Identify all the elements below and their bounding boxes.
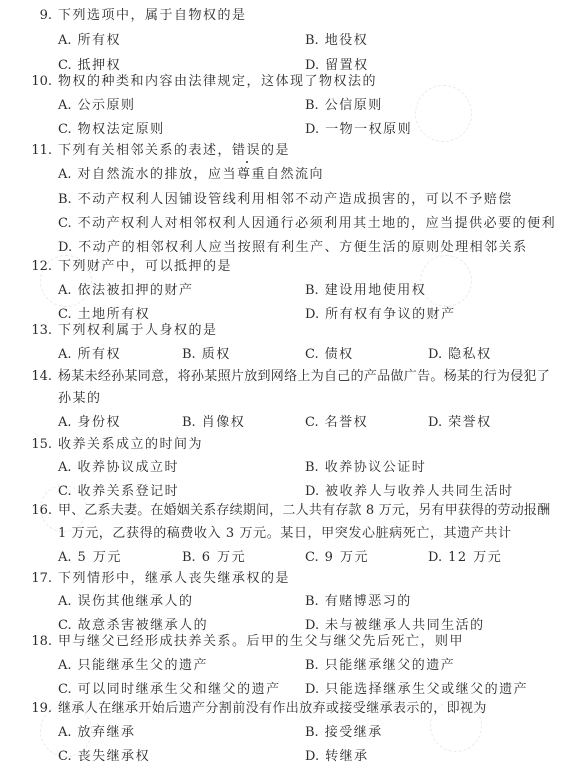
option-letter: C. <box>58 682 72 697</box>
option-letter: A. <box>58 594 72 609</box>
question-text: 下列有关相邻关系的表述，错误的是 <box>58 142 290 160</box>
option-a: A.只能继承生父的遗产 <box>58 657 208 675</box>
option-letter: D. <box>428 550 442 565</box>
option-letter: D. <box>305 682 319 697</box>
option-d: D.只能选择继承生父或继父的遗产 <box>305 681 528 699</box>
question-number: 14. <box>0 368 52 386</box>
question-number: 18. <box>0 633 52 651</box>
option-c: C.可以同时继承生父和继父的遗产 <box>58 681 281 699</box>
option-b: B.6 万元 <box>182 549 246 567</box>
option-letter: B. <box>305 658 319 673</box>
option-text: 所有权有争议的财产 <box>325 307 456 322</box>
option-c: C.债权 <box>305 346 354 364</box>
option-letter: A. <box>58 98 72 113</box>
option-text: 收养关系登记时 <box>78 484 180 499</box>
option-letter: B. <box>305 33 319 48</box>
option-text: 转继承 <box>325 749 369 764</box>
option-b: B.地役权 <box>305 32 368 50</box>
option-b: B.接受继承 <box>305 724 383 742</box>
question-text: 下列财产中，可以抵押的是 <box>58 258 232 276</box>
option-letter: D. <box>305 122 319 137</box>
question-text: 物权的种类和内容由法律规定，这体现了物权法的 <box>58 73 377 91</box>
option-letter: A. <box>58 550 72 565</box>
option-d: D.不动产的相邻权利人应当按照有利生产、方便生活的原则处理相邻关系 <box>58 239 528 257</box>
option-text: 9 万元 <box>325 550 369 565</box>
option-text: 荣誉权 <box>448 415 492 430</box>
option-text: 只能继承生父的遗产 <box>78 658 209 673</box>
option-text: 所有权 <box>78 347 122 362</box>
option-b: B.只能继承继父的遗产 <box>305 657 455 675</box>
option-letter: B. <box>182 550 196 565</box>
option-text: 不动产的相邻权利人应当按照有利生产、方便生活的原则处理相邻关系 <box>78 240 528 255</box>
option-text: 12 万元 <box>448 550 502 565</box>
option-a: A.依法被扣押的财产 <box>58 282 194 300</box>
question-number: 11. <box>0 142 52 160</box>
option-c: C.收养关系登记时 <box>58 483 179 501</box>
option-text: 质权 <box>202 347 231 362</box>
option-a: A.身份权 <box>58 414 121 432</box>
option-text: 只能继承继父的遗产 <box>325 658 456 673</box>
option-b: B.建设用地使用权 <box>305 282 426 300</box>
option-letter: B. <box>182 347 196 362</box>
option-c: C.名誉权 <box>305 414 368 432</box>
option-a: A.误伤其他继承人的 <box>58 593 194 611</box>
question-text-continued: 孙某的 <box>58 390 102 408</box>
option-text: 土地所有权 <box>78 307 151 322</box>
option-d: D.一物一权原则 <box>305 121 412 139</box>
option-d: D.12 万元 <box>428 549 502 567</box>
stem-before: 下列有关相邻关系的表述， <box>58 143 232 158</box>
option-letter: C. <box>58 307 72 322</box>
option-text: 身份权 <box>78 415 122 430</box>
option-text: 物权法定原则 <box>78 122 165 137</box>
option-letter: D. <box>305 58 319 73</box>
question-text: 下列权利属于人身权的是 <box>58 322 218 340</box>
option-letter: C. <box>58 216 72 231</box>
question-text: 杨某未经孙某同意，将孙某照片放到网络上为自己的产品做广告。杨某的行为侵犯了 <box>58 368 550 386</box>
option-a: A.所有权 <box>58 346 121 364</box>
option-letter: C. <box>305 415 319 430</box>
option-letter: B. <box>58 192 72 207</box>
option-b: B.公信原则 <box>305 97 383 115</box>
question-text: 下列选项中，属于自物权的是 <box>58 7 247 25</box>
exam-page: 9. 下列选项中，属于自物权的是 A.所有权 B.地役权 C.抵押权 D.留置权… <box>0 0 580 783</box>
option-b: B.收养协议公证时 <box>305 459 426 477</box>
option-text: 建设用地使用权 <box>325 283 427 298</box>
stem-after: 的是 <box>261 143 290 158</box>
question-number: 9. <box>0 7 52 25</box>
option-text: 地役权 <box>325 33 369 48</box>
option-text: 故意杀害被继承人的 <box>78 618 209 633</box>
option-letter: C. <box>305 347 319 362</box>
option-a: A.对自然流水的排放，应当尊重自然流向 <box>58 166 324 184</box>
question-text-continued: 1 万元，乙获得的稿费收入 3 万元。某日，甲突发心脏病死亡，其遗产共计 <box>58 525 512 543</box>
option-letter: A. <box>58 658 72 673</box>
option-letter: C. <box>58 122 72 137</box>
question-number: 16. <box>0 502 52 520</box>
option-d: D.所有权有争议的财产 <box>305 306 456 324</box>
option-b: B.质权 <box>182 346 231 364</box>
question-number: 19. <box>0 700 52 718</box>
option-text: 5 万元 <box>78 550 122 565</box>
option-letter: D. <box>305 749 319 764</box>
option-text: 6 万元 <box>202 550 246 565</box>
option-text: 抵押权 <box>78 58 122 73</box>
option-c: C.9 万元 <box>305 549 369 567</box>
option-letter: C. <box>58 484 72 499</box>
option-letter: A. <box>58 460 72 475</box>
option-text: 未与被继承人共同生活的 <box>325 618 485 633</box>
option-letter: B. <box>305 725 319 740</box>
option-letter: D. <box>305 484 319 499</box>
option-a: A.公示原则 <box>58 97 136 115</box>
question-text: 甲与继父已经形成扶养关系。后甲的生父与继父先后死亡，则甲 <box>58 633 464 651</box>
option-letter: A. <box>58 33 72 48</box>
option-c: C.物权法定原则 <box>58 121 165 139</box>
option-letter: B. <box>182 415 196 430</box>
option-a: A.放弃继承 <box>58 724 136 742</box>
option-a: A.所有权 <box>58 32 121 50</box>
option-letter: A. <box>58 347 72 362</box>
question-text: 甲、乙系夫妻。在婚姻关系存续期间，二人共有存款 8 万元，另有甲获得的劳动报酬 <box>58 502 550 520</box>
question-text: 收养关系成立的时间为 <box>58 436 203 454</box>
emphasis-word: 错误 <box>232 143 261 158</box>
option-text: 只能选择继承生父或继父的遗产 <box>325 682 528 697</box>
question-text: 继承人在继承开始后遗产分割前没有作出放弃或接受继承表示的，即视为 <box>58 700 487 718</box>
option-letter: A. <box>58 283 72 298</box>
watermark-stamp <box>415 85 472 142</box>
option-text: 依法被扣押的财产 <box>78 283 194 298</box>
option-letter: D. <box>305 618 319 633</box>
option-b: B.不动产权利人因铺设管线利用相邻不动产造成损害的，可以不予赔偿 <box>58 191 513 209</box>
option-text: 不动产权利人对相邻权利人因通行必须利用其土地的，应当提供必要的便利 <box>78 216 557 231</box>
option-letter: C. <box>58 749 72 764</box>
option-letter: A. <box>58 167 72 182</box>
option-letter: C. <box>305 550 319 565</box>
option-b: B.肖像权 <box>182 414 245 432</box>
option-text: 一物一权原则 <box>325 122 412 137</box>
option-letter: B. <box>305 594 319 609</box>
option-d: D.荣誉权 <box>428 414 492 432</box>
option-text: 收养协议成立时 <box>78 460 180 475</box>
option-text: 留置权 <box>325 58 369 73</box>
option-text: 对自然流水的排放，应当尊重自然流向 <box>78 167 325 182</box>
question-text: 下列情形中，继承人丧失继承权的是 <box>58 570 290 588</box>
option-text: 可以同时继承生父和继父的遗产 <box>78 682 281 697</box>
option-text: 不动产权利人因铺设管线利用相邻不动产造成损害的，可以不予赔偿 <box>78 192 513 207</box>
option-text: 所有权 <box>78 33 122 48</box>
option-d: D.被收养人与收养人共同生活时 <box>305 483 514 501</box>
option-text: 肖像权 <box>202 415 246 430</box>
option-text: 丧失继承权 <box>78 749 151 764</box>
option-text: 放弃继承 <box>78 725 136 740</box>
option-text: 收养协议公证时 <box>325 460 427 475</box>
option-c: C.不动产权利人对相邻权利人因通行必须利用其土地的，应当提供必要的便利 <box>58 215 556 233</box>
option-text: 接受继承 <box>325 725 383 740</box>
question-number: 13. <box>0 322 52 340</box>
option-letter: B. <box>305 283 319 298</box>
option-d: D.转继承 <box>305 748 369 766</box>
option-text: 误伤其他继承人的 <box>78 594 194 609</box>
option-d: D.隐私权 <box>428 346 492 364</box>
question-number: 15. <box>0 436 52 454</box>
watermark-stamp <box>420 255 472 307</box>
option-letter: B. <box>305 98 319 113</box>
option-text: 公示原则 <box>78 98 136 113</box>
question-number: 17. <box>0 570 52 588</box>
option-letter: C. <box>58 58 72 73</box>
option-text: 隐私权 <box>448 347 492 362</box>
option-letter: D. <box>58 240 72 255</box>
option-text: 有赌博恶习的 <box>325 594 412 609</box>
option-text: 名誉权 <box>325 415 369 430</box>
option-letter: B. <box>305 460 319 475</box>
option-text: 被收养人与收养人共同生活时 <box>325 484 514 499</box>
option-c: C.丧失继承权 <box>58 748 150 766</box>
question-number: 10. <box>0 73 52 91</box>
option-text: 债权 <box>325 347 354 362</box>
option-letter: D. <box>428 415 442 430</box>
option-b: B.有赌博恶习的 <box>305 593 412 611</box>
option-a: A.收养协议成立时 <box>58 459 179 477</box>
question-number: 12. <box>0 258 52 276</box>
option-letter: D. <box>305 307 319 322</box>
option-text: 公信原则 <box>325 98 383 113</box>
option-letter: C. <box>58 618 72 633</box>
option-letter: D. <box>428 347 442 362</box>
option-letter: A. <box>58 415 72 430</box>
option-a: A.5 万元 <box>58 549 122 567</box>
option-letter: A. <box>58 725 72 740</box>
